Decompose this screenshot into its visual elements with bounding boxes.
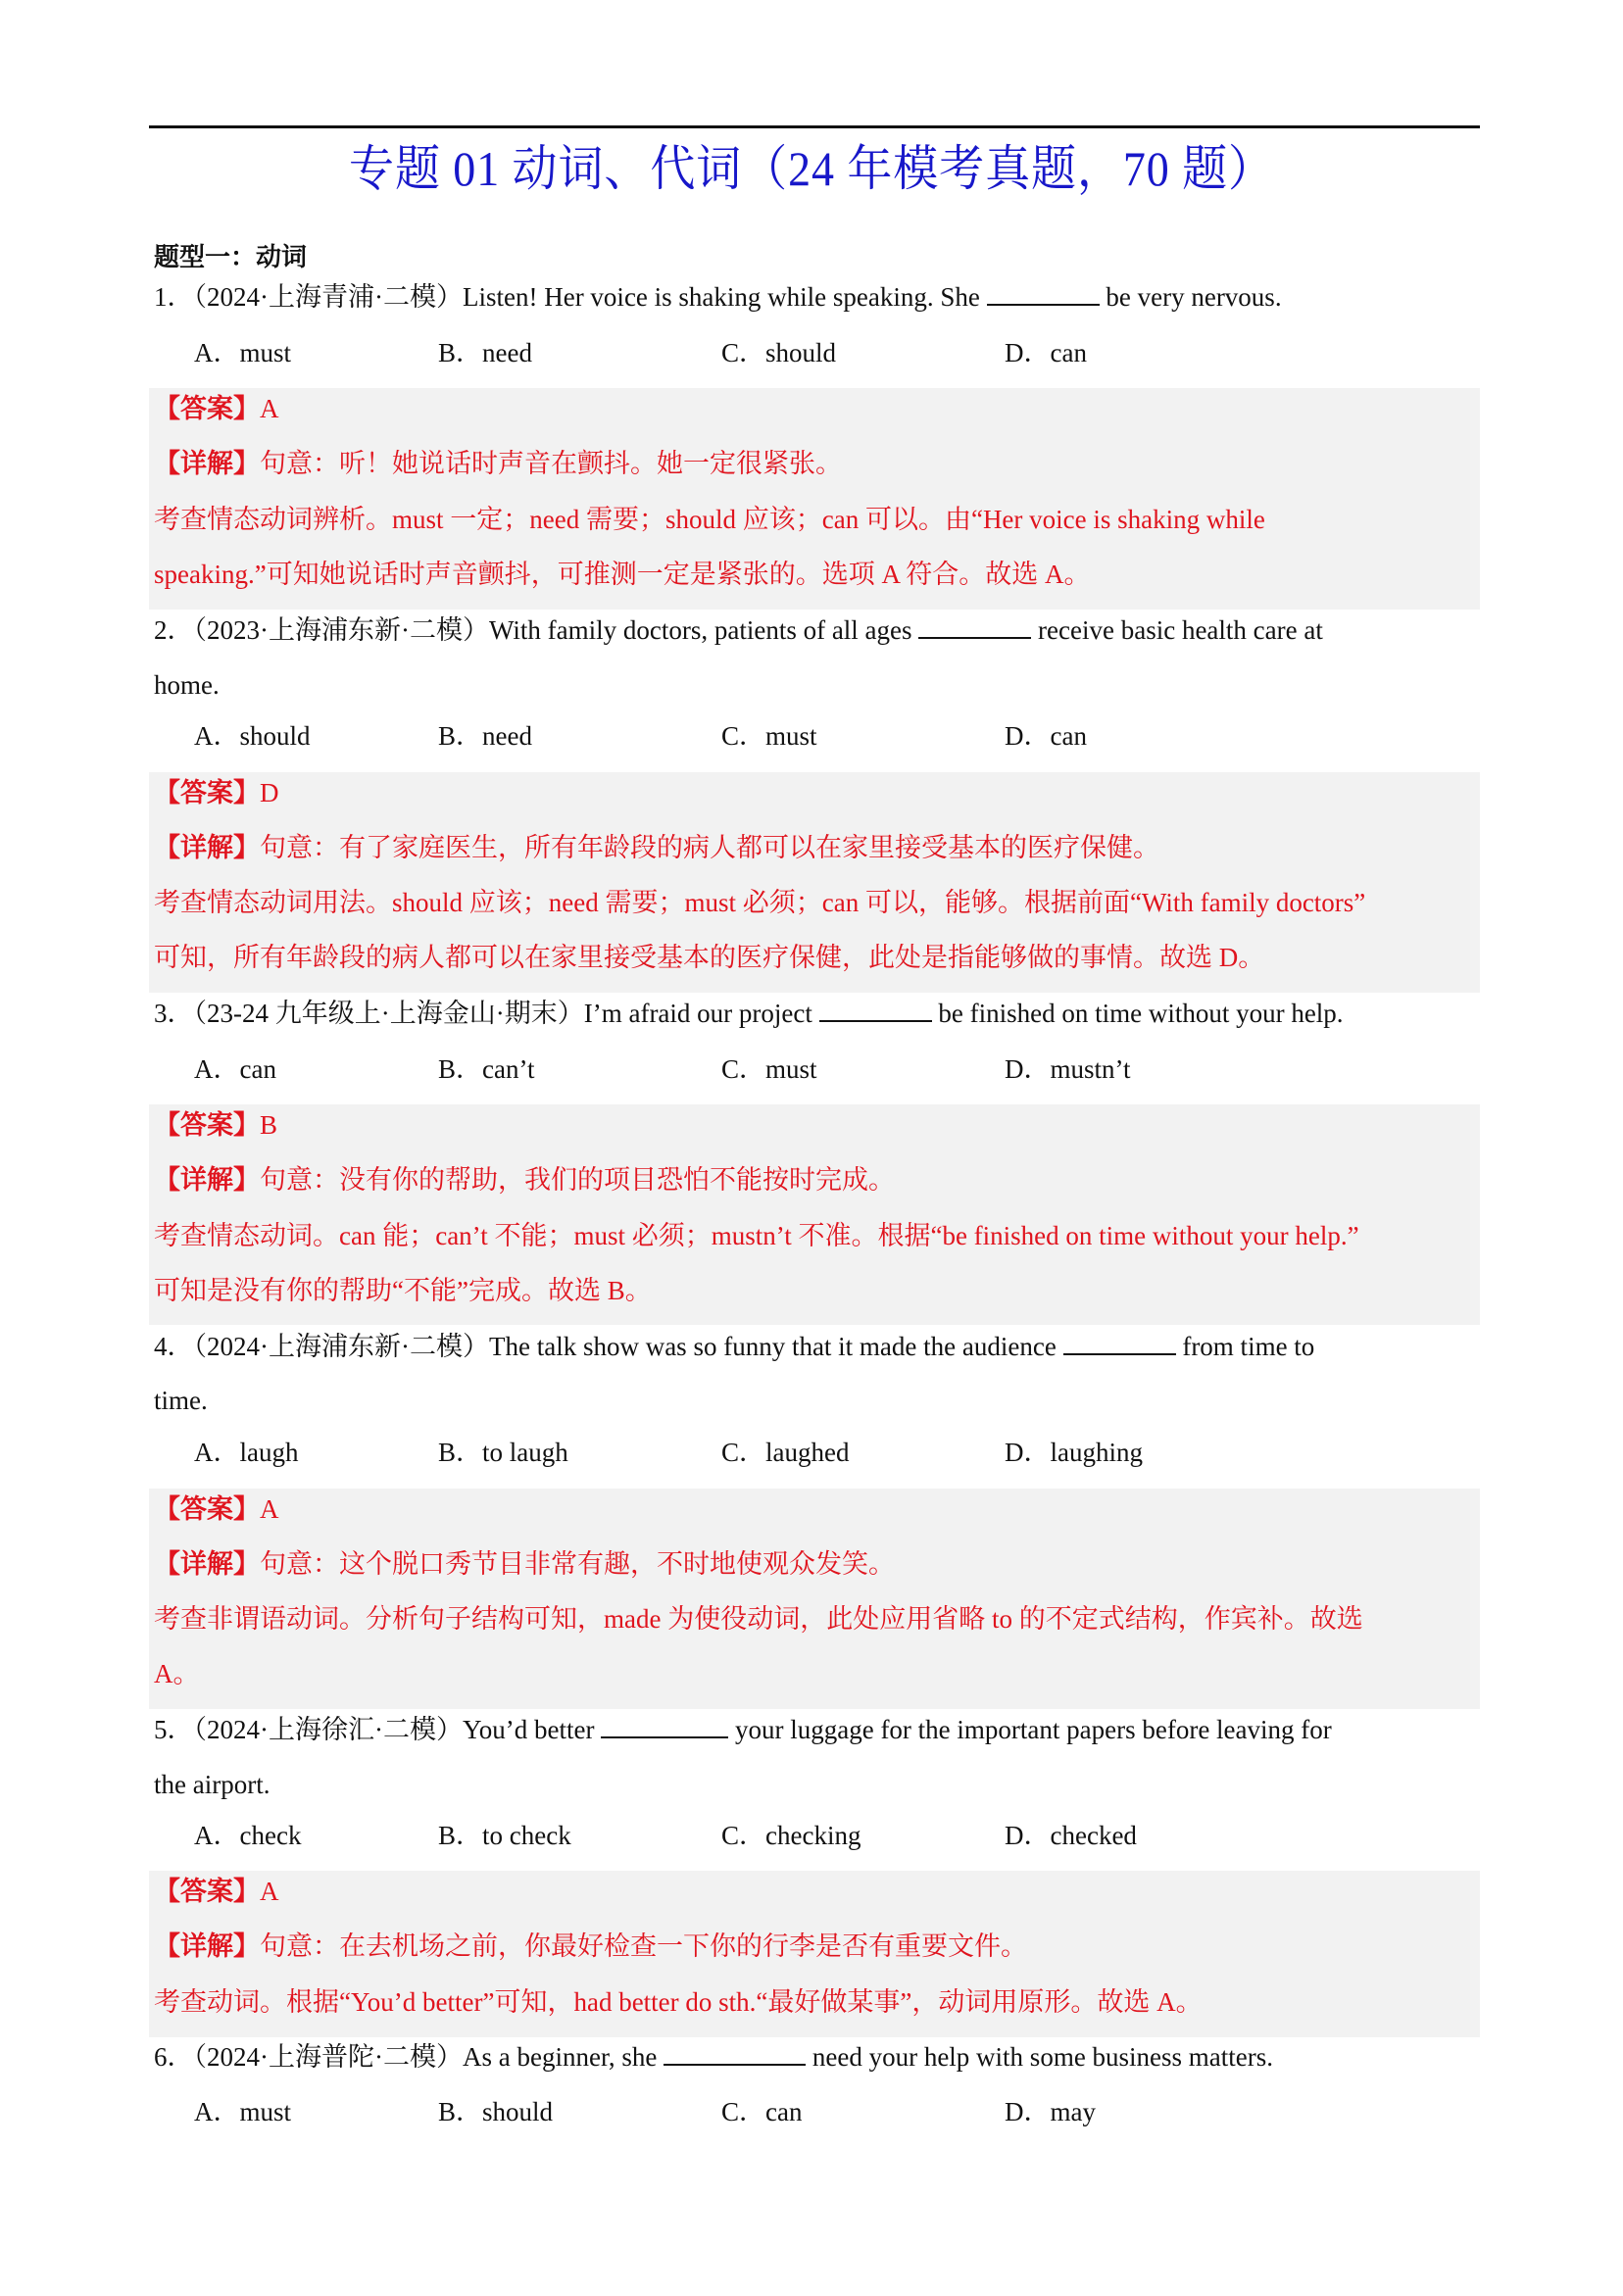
question-1-stem: 1．（2024·上海青浦·二模）Listen! Her voice is sha…: [154, 279, 1282, 315]
question-1-option-a: A．must: [194, 335, 291, 370]
question-6-option-c: C．can: [721, 2094, 802, 2129]
question-3-option-a: A．can: [194, 1051, 276, 1087]
question-5-option-c: C．checking: [721, 1818, 861, 1853]
question-4-stem-cont: time.: [154, 1383, 208, 1418]
question-1-option-b: B．need: [438, 335, 532, 370]
question-5-option-b: B．to check: [438, 1818, 571, 1853]
detail-1-line-1: 【详解】句意：听！她说话时声音在颤抖。她一定很紧张。: [154, 446, 842, 481]
detail-4-line-3: A。: [154, 1656, 200, 1691]
question-4-stem: 4．（2024·上海浦东新·二模）The talk show was so fu…: [154, 1329, 1314, 1364]
question-2-stem: 2．（2023·上海浦东新·二模）With family doctors, pa…: [154, 612, 1323, 648]
question-2-option-c: C．must: [721, 718, 817, 754]
question-6-stem: 6．（2024·上海普陀·二模）As a beginner, she need …: [154, 2039, 1273, 2075]
detail-4-line-1: 【详解】句意：这个脱口秀节目非常有趣，不时地使观众发笑。: [154, 1546, 895, 1582]
answer-3: 【答案】B: [154, 1107, 277, 1143]
question-5-option-a: A．check: [194, 1818, 301, 1853]
page-title: 专题 01 动词、代词（24 年模考真题，70 题）: [65, 129, 1558, 200]
detail-3-line-2: 考查情态动词。can 能；can’t 不能；must 必须；mustn’t 不准…: [154, 1218, 1359, 1253]
question-1-option-d: D．can: [1005, 335, 1087, 370]
answer-blank: [664, 2042, 806, 2066]
detail-5-line-1: 【详解】句意：在去机场之前，你最好检查一下你的行李是否有重要文件。: [154, 1929, 1027, 1964]
question-2-option-d: D．can: [1005, 718, 1087, 754]
detail-3-line-3: 可知是没有你的帮助“不能”完成。故选 B。: [154, 1273, 652, 1308]
answer-2: 【答案】D: [154, 775, 279, 810]
answer-blank: [1063, 1332, 1176, 1355]
question-6-option-a: A．must: [194, 2094, 291, 2129]
question-4-option-b: B．to laugh: [438, 1435, 568, 1470]
answer-block-4: [149, 1489, 1480, 1709]
question-4-option-c: C．laughed: [721, 1435, 849, 1470]
question-4-option-d: D．laughing: [1005, 1435, 1143, 1470]
detail-2-line-3: 可知，所有年龄段的病人都可以在家里接受基本的医疗保健，此处是指能够做的事情。故选…: [154, 940, 1264, 975]
detail-3-line-1: 【详解】句意：没有你的帮助，我们的项目恐怕不能按时完成。: [154, 1162, 895, 1197]
answer-1: 【答案】A: [154, 391, 279, 426]
question-2-option-a: A．should: [194, 718, 311, 754]
question-3-option-d: D．mustn’t: [1005, 1051, 1131, 1087]
question-6-option-b: B．should: [438, 2094, 553, 2129]
answer-blank: [918, 615, 1031, 639]
question-5-stem-cont: the airport.: [154, 1767, 270, 1802]
question-3-option-c: C．must: [721, 1051, 817, 1087]
detail-2-line-1: 【详解】句意：有了家庭医生，所有年龄段的病人都可以在家里接受基本的医疗保健。: [154, 830, 1159, 865]
question-2-stem-cont: home.: [154, 667, 220, 703]
detail-1-line-2: 考查情态动词辨析。must 一定；need 需要；should 应该；can 可…: [154, 502, 1265, 537]
question-6-option-d: D．may: [1005, 2094, 1096, 2129]
question-5-option-d: D．checked: [1005, 1818, 1137, 1853]
question-3-stem: 3．（23-24 九年级上·上海金山·期末）I’m afraid our pro…: [154, 996, 1344, 1031]
question-2-option-b: B．need: [438, 718, 532, 754]
answer-blank: [601, 1715, 728, 1738]
question-3-option-b: B．can’t: [438, 1051, 534, 1087]
detail-1-line-3: speaking.”可知她说话时声音颤抖，可推测一定是紧张的。选项 A 符合。故…: [154, 557, 1090, 592]
detail-2-line-2: 考查情态动词用法。should 应该；need 需要；must 必须；can 可…: [154, 885, 1365, 920]
answer-4: 【答案】A: [154, 1491, 279, 1527]
answer-5: 【答案】A: [154, 1874, 279, 1909]
detail-4-line-2: 考查非谓语动词。分析句子结构可知，made 为使役动词，此处应用省略 to 的不…: [154, 1601, 1363, 1637]
top-rule: [149, 125, 1480, 128]
question-1-option-c: C．should: [721, 335, 836, 370]
answer-blank: [987, 282, 1100, 306]
question-4-option-a: A．laugh: [194, 1435, 298, 1470]
answer-blank: [819, 999, 932, 1022]
section-heading: 题型一：动词: [154, 240, 307, 275]
question-5-stem: 5．（2024·上海徐汇·二模）You’d better your luggag…: [154, 1712, 1332, 1747]
detail-5-line-2: 考查动词。根据“You’d better”可知，had better do st…: [154, 1984, 1203, 2020]
